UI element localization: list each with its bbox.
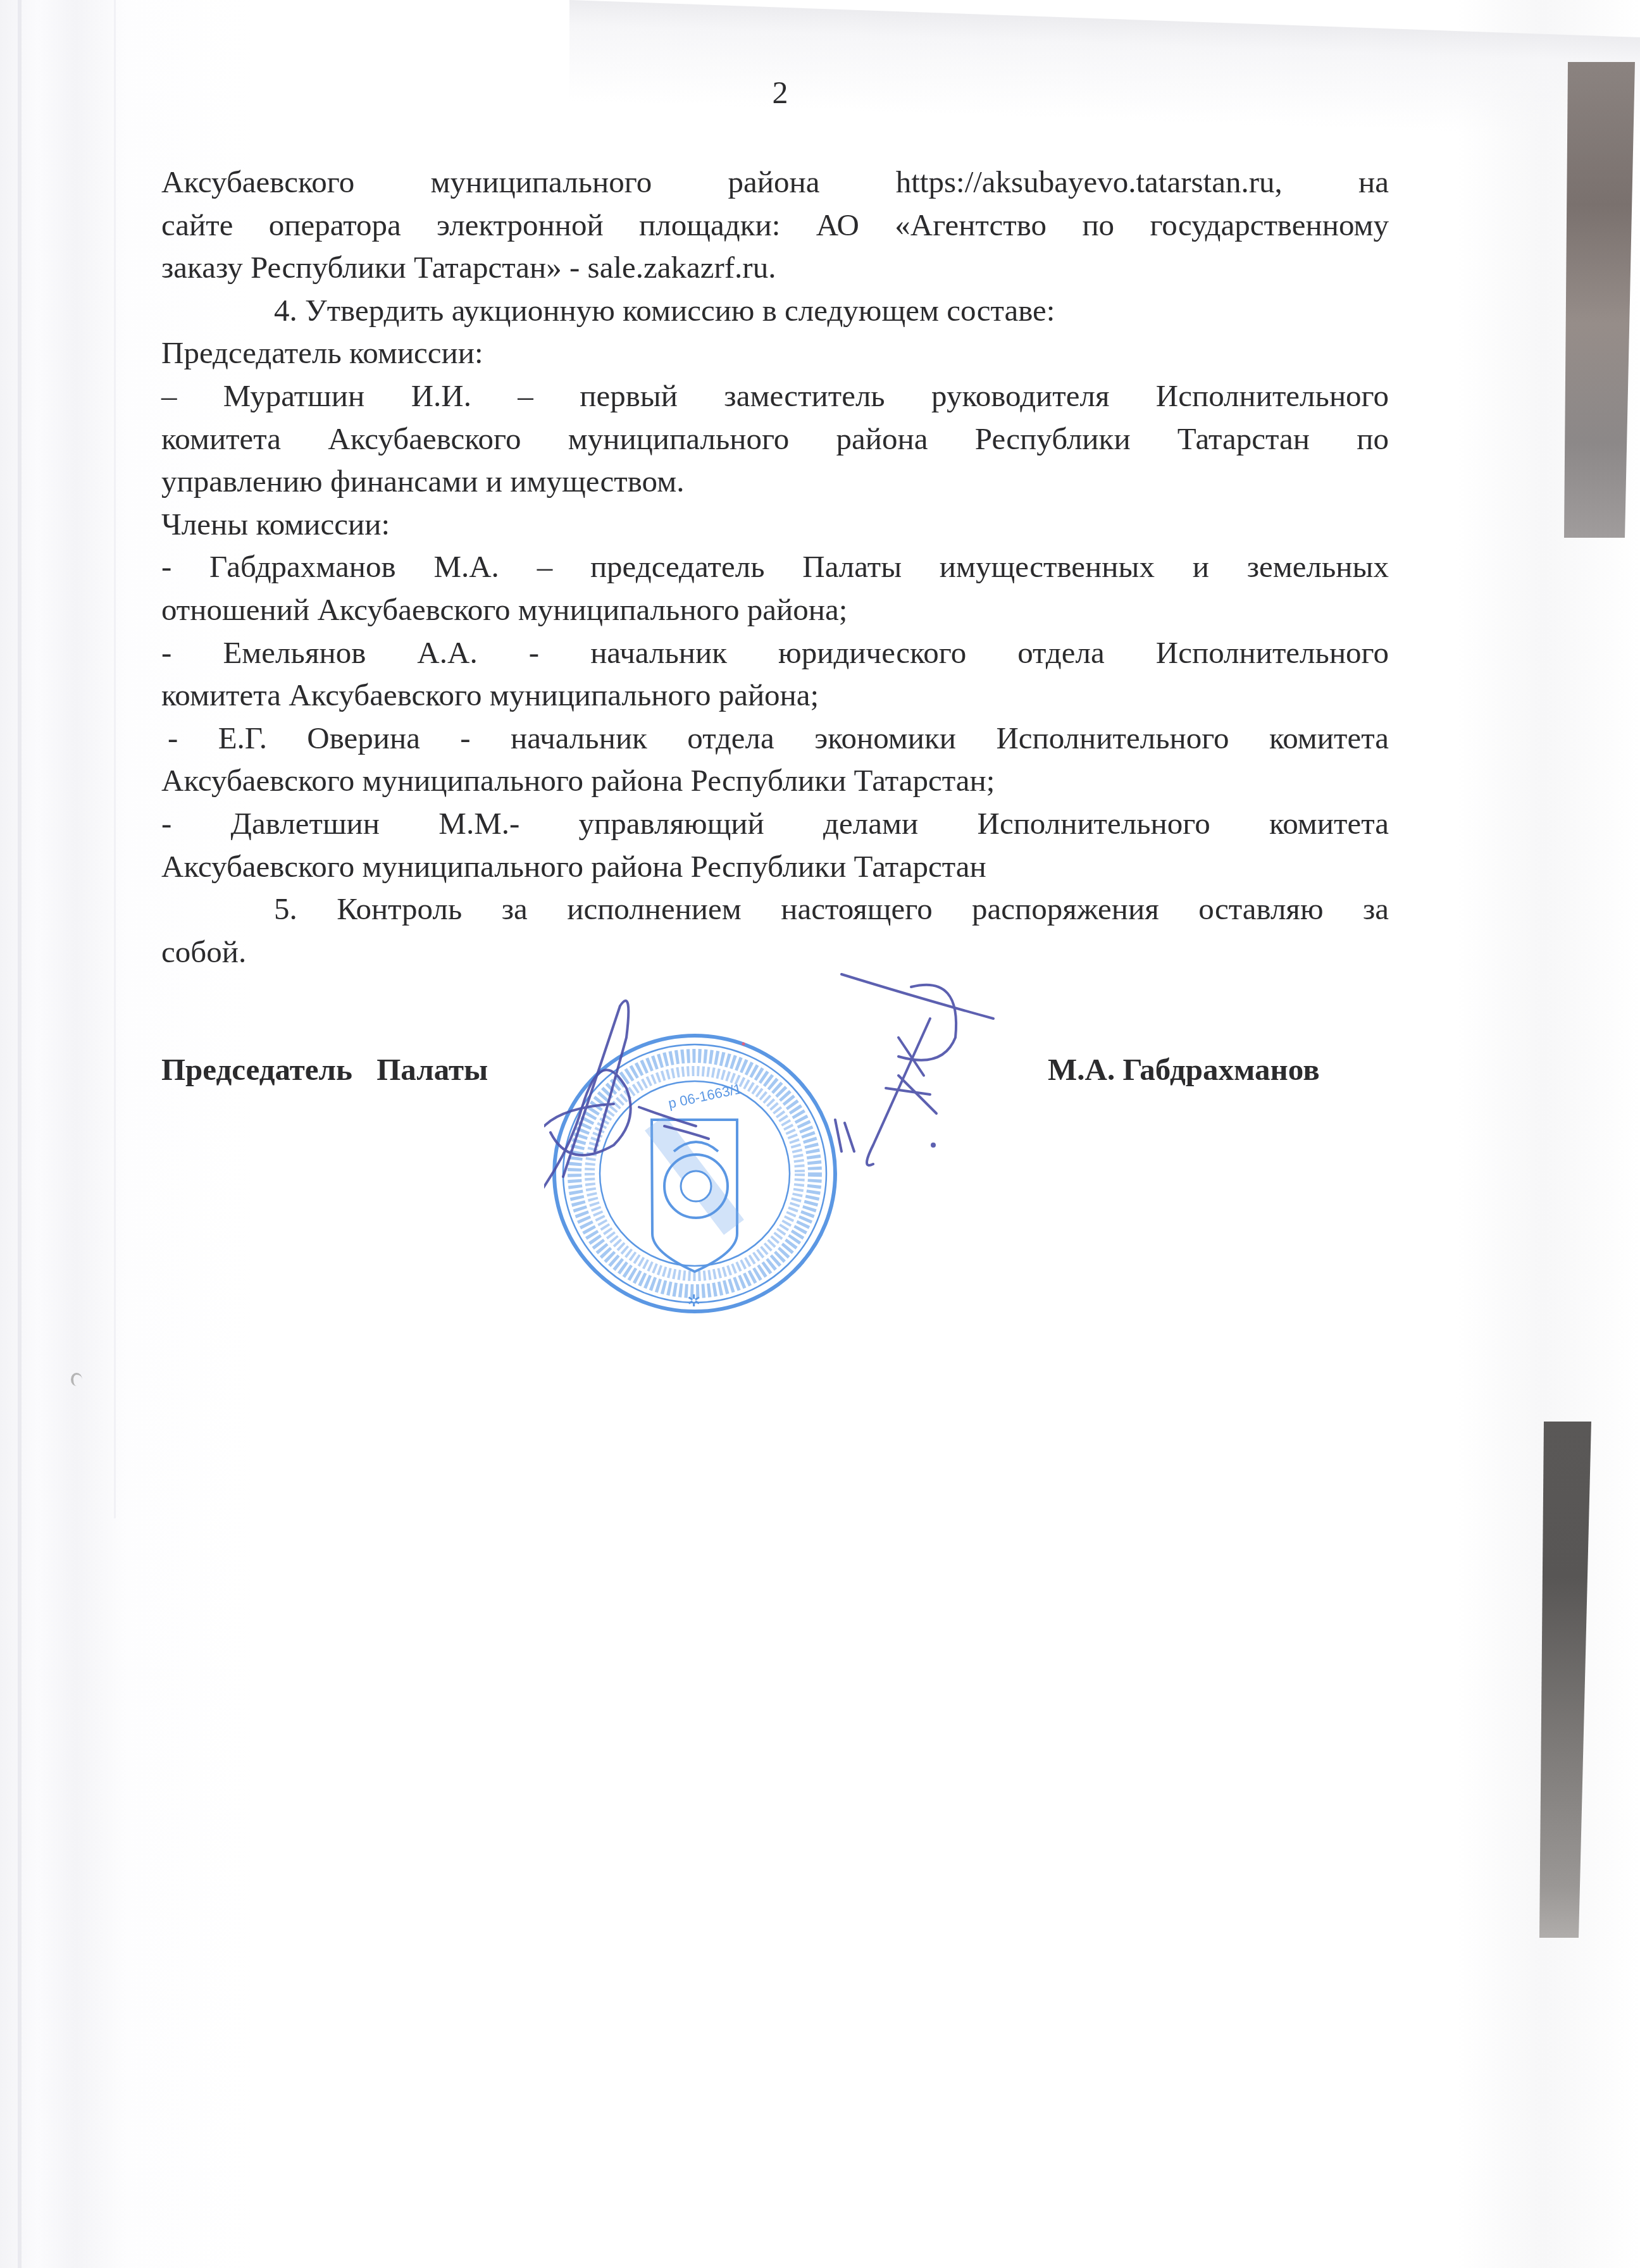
signatory-title: Председатель Палаты — [161, 1048, 488, 1091]
text-line: - Емельянов А.А. - начальник юридическог… — [161, 631, 1389, 674]
official-stamp-and-signature: р 06-1663/1 ✲ — [544, 962, 1050, 1329]
signature-block: Председатель Палаты М.А. Габдрахманов — [161, 1048, 1389, 1093]
document-body: Аксубаевского муниципального района http… — [161, 161, 1389, 973]
text-line: Аксубаевского муниципального района Респ… — [161, 845, 1389, 888]
ink-dot-icon — [742, 1043, 745, 1046]
text-line: – Муратшин И.И. – первый заместитель рук… — [161, 375, 1389, 418]
signatory-name: М.А. Габдрахманов — [1048, 1048, 1320, 1091]
text-line: - Е.Г. Оверина - начальник отдела эконом… — [161, 717, 1389, 760]
scan-fold-line — [114, 0, 116, 1518]
commission-members-heading: Члены комиссии: — [161, 503, 1389, 546]
text-line: комитета Аксубаевского муниципального ра… — [161, 674, 1389, 717]
page-number: 2 — [767, 75, 793, 110]
text-line: сайте оператора электронной площадки: АО… — [161, 204, 1389, 247]
scan-edge-left — [18, 0, 22, 2268]
text-line: отношений Аксубаевского муниципального р… — [161, 588, 1389, 631]
text-line: - Габдрахманов М.А. – председатель Палат… — [161, 545, 1389, 588]
text-line: - Давлетшин М.М.- управляющий делами Исп… — [161, 802, 1389, 845]
text-line: Аксубаевского муниципального района http… — [161, 161, 1389, 204]
paragraph-item-4: 4. Утвердить аукционную комиссию в следу… — [161, 289, 1389, 332]
text-line: управлению финансами и имуществом. — [161, 460, 1389, 503]
punch-hole-mark — [71, 1373, 82, 1386]
commission-chair-heading: Председатель комиссии: — [161, 332, 1389, 375]
text-line: комитета Аксубаевского муниципального ра… — [161, 418, 1389, 461]
text-line: Аксубаевского муниципального района Респ… — [161, 759, 1389, 802]
text-line: заказу Республики Татарстан» - sale.zaka… — [161, 246, 1389, 289]
svg-text:✲: ✲ — [687, 1292, 701, 1311]
paragraph-item-5: 5. Контроль за исполнением настоящего ра… — [161, 888, 1389, 931]
scan-edge-bar-top — [1564, 62, 1635, 538]
